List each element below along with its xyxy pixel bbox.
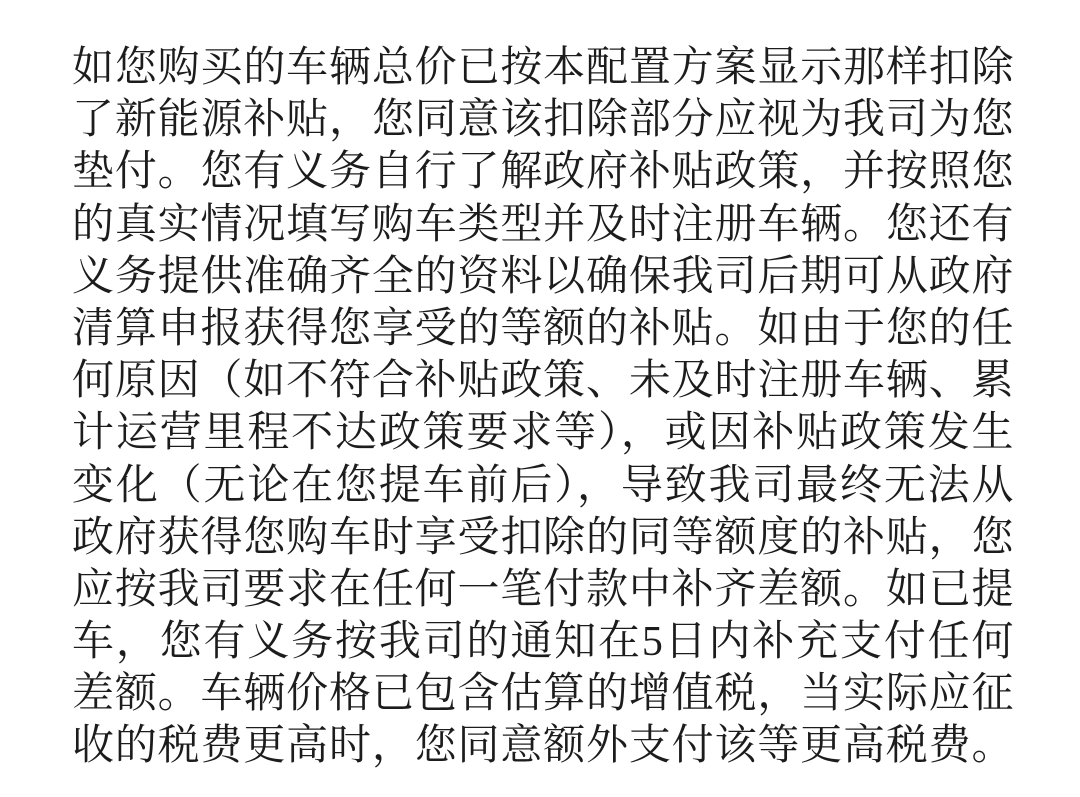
text-line-2: 了新能源补贴，您同意该扣除部分应视为我司为您 [72, 94, 1014, 146]
text-line-13: 差额。车辆价格已包含估算的增值税，当实际应征 [72, 668, 1014, 720]
text-line-11: 应按我司要求在任何一笔付款中补齐差额。如已提 [72, 564, 1014, 616]
document-page: 如您购买的车辆总价已按本配置方案显示那样扣除 了新能源补贴，您同意该扣除部分应视… [0, 0, 1080, 797]
text-line-14: 收的税费更高时，您同意额外支付该等更高税费。 [72, 720, 1014, 772]
text-line-6: 清算申报获得您享受的等额的补贴。如由于您的任 [72, 303, 1014, 355]
text-line-12: 车，您有义务按我司的通知在5日内补充支付任何 [72, 616, 1014, 668]
text-line-8: 计运营里程不达政策要求等），或因补贴政策发生 [72, 407, 1014, 459]
text-line-7: 何原因（如不符合补贴政策、未及时注册车辆、累 [72, 355, 1014, 407]
text-line-3: 垫付。您有义务自行了解政府补贴政策，并按照您 [72, 146, 1014, 198]
text-line-4: 的真实情况填写购车类型并及时注册车辆。您还有 [72, 199, 1014, 251]
text-line-9: 变化（无论在您提车前后），导致我司最终无法从 [72, 460, 1014, 512]
text-line-1: 如您购买的车辆总价已按本配置方案显示那样扣除 [72, 42, 1014, 94]
text-line-5: 义务提供准确齐全的资料以确保我司后期可从政府 [72, 251, 1014, 303]
text-line-10: 政府获得您购车时享受扣除的同等额度的补贴，您 [72, 512, 1014, 564]
